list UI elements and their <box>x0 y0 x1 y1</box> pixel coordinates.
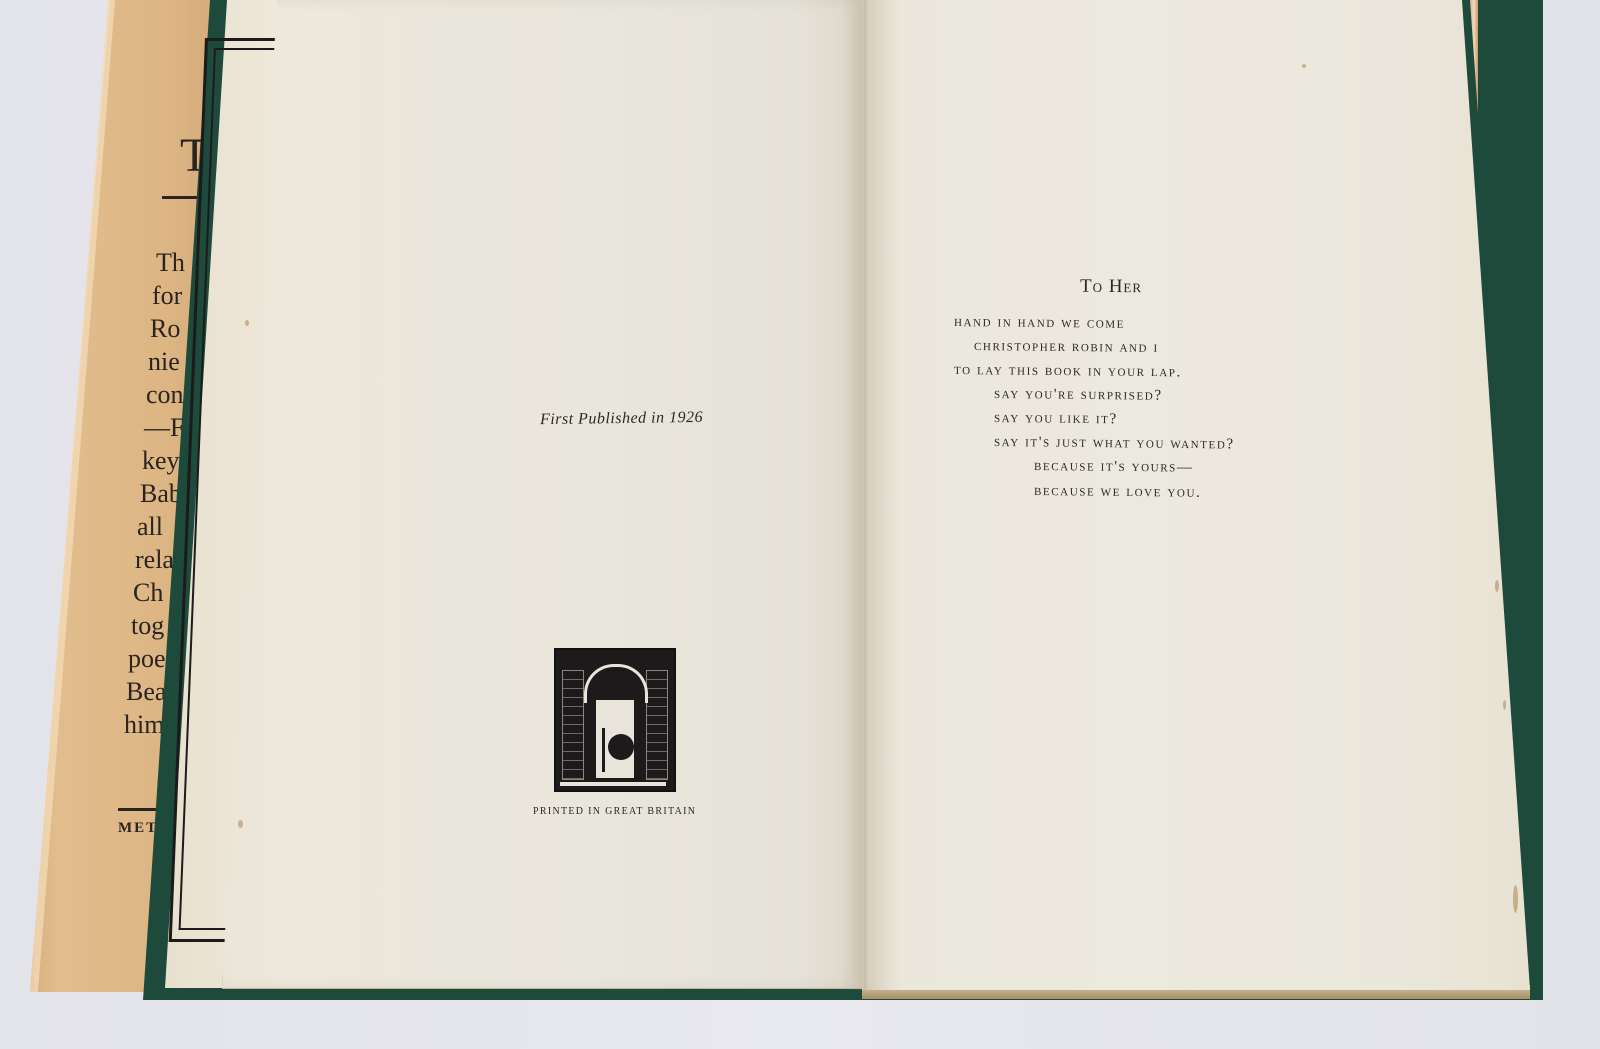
poem-line: Hand in hand we come <box>954 314 1125 333</box>
jacket-text-line: Th <box>156 248 185 278</box>
book-gutter <box>840 0 890 990</box>
jacket-text-line: tog <box>131 611 164 641</box>
dedication-title: To Her <box>1080 276 1142 298</box>
foxing-spot <box>1495 580 1499 592</box>
foxing-spot <box>1302 64 1306 68</box>
poem-line: Say you're surprised? <box>994 386 1163 405</box>
poem-line: Because we love you. <box>1034 483 1202 502</box>
foxing-spot <box>245 320 249 326</box>
jacket-text-line: Bab <box>140 479 182 509</box>
jacket-text-line: for <box>152 281 182 311</box>
foxing-spot <box>1503 700 1506 710</box>
jacket-publisher-fragment: MET <box>118 820 158 837</box>
jacket-text-line: rela <box>135 545 174 575</box>
poem-line: Say it's just what you wanted? <box>994 434 1235 454</box>
poem-line: Because it's yours— <box>1034 458 1194 477</box>
jacket-text-line: poe <box>128 644 166 674</box>
doorway-woodcut-icon <box>554 648 676 792</box>
foxing-spot <box>238 820 243 828</box>
poem-line: To lay this book in your lap. <box>954 362 1182 381</box>
left-page <box>222 0 862 988</box>
jacket-text-line: nie <box>148 347 180 377</box>
jacket-text-line: Ro <box>150 314 180 344</box>
poem-line: Say you like it? <box>994 410 1118 428</box>
jacket-text-line: —F <box>144 413 184 443</box>
foxing-spot <box>1513 885 1518 913</box>
jacket-text-line: him <box>124 710 164 740</box>
first-published-notice: First Published in 1926 <box>540 409 703 429</box>
jacket-text-line: Bea <box>126 677 166 707</box>
jacket-text-line: key <box>142 446 180 476</box>
photo-scene: T Th for Ro nie con —F key Bab all rela … <box>0 0 1600 1049</box>
jacket-text-line: con <box>146 380 184 410</box>
printed-in-notice: PRINTED IN GREAT BRITAIN <box>533 806 696 817</box>
jacket-text-line: Ch <box>133 578 163 608</box>
poem-line: Christopher Robin and I <box>974 338 1159 357</box>
jacket-text-line: all <box>137 512 163 542</box>
jacket-rule <box>162 196 202 199</box>
